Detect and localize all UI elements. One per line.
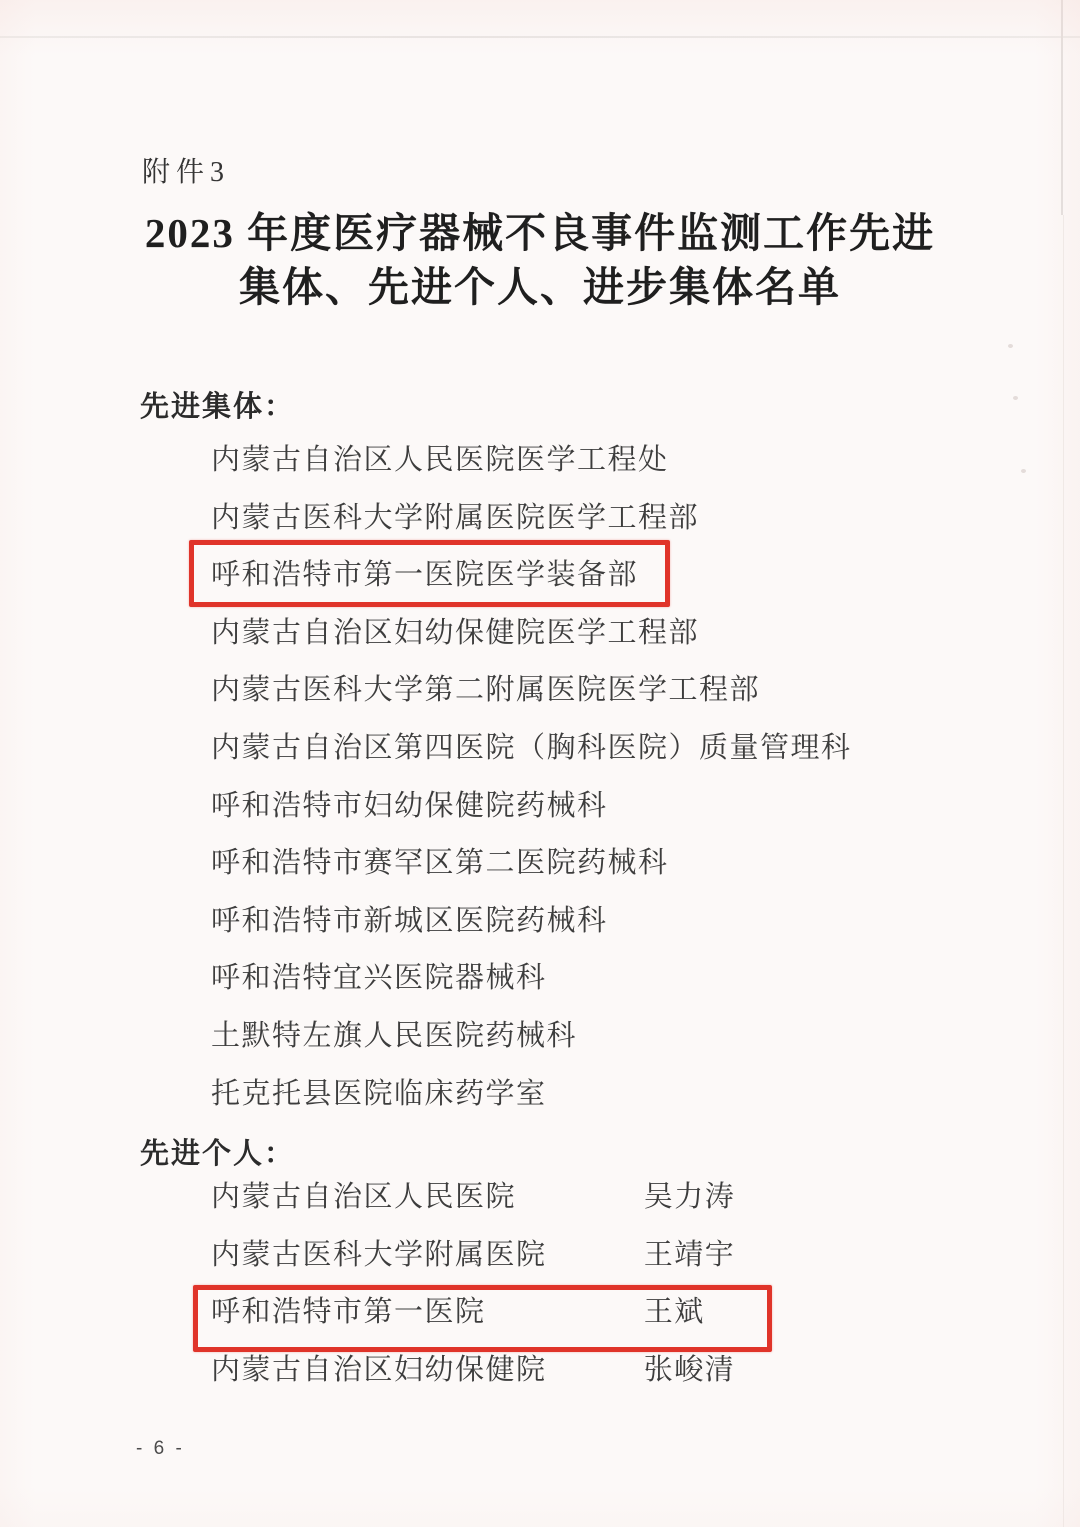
attachment-label: 附件3	[142, 150, 230, 190]
list-item: 呼和浩特宜兴医院器械科	[211, 963, 931, 1021]
section-heading-advanced-individuals: 先进个人：	[140, 1131, 295, 1172]
scanned-document-page: 附件3 2023 年度医疗器械不良事件监测工作先进 集体、先进个人、进步集体名单…	[0, 0, 1080, 1527]
document-title-line-1: 2023 年度医疗器械不良事件监测工作先进	[0, 206, 1080, 260]
advanced-individuals-list: 内蒙古自治区人民医院 吴力涛 内蒙古医科大学附属医院 王靖宇 呼和浩特市第一医院…	[211, 1182, 931, 1412]
individual-org: 呼和浩特市第一医院	[211, 1297, 635, 1328]
individual-org: 内蒙古自治区妇幼保健院	[211, 1355, 635, 1386]
scan-artifact-right-line	[1061, 0, 1063, 215]
scan-artifact-top-line	[0, 36, 1080, 38]
individual-org: 内蒙古自治区人民医院	[211, 1182, 635, 1213]
individual-name: 王斌	[644, 1297, 705, 1328]
individual-name: 吴力涛	[644, 1182, 736, 1213]
individual-name: 王靖宇	[644, 1240, 736, 1271]
list-item: 内蒙古自治区第四医院（胸科医院）质量管理科	[211, 733, 931, 791]
list-item: 托克托县医院临床药学室	[211, 1079, 931, 1137]
individual-name: 张峻清	[644, 1355, 736, 1386]
list-item: 内蒙古自治区妇幼保健院医学工程部	[211, 618, 931, 676]
list-item: 呼和浩特市妇幼保健院药械科	[211, 791, 931, 849]
list-item: 内蒙古医科大学第二附属医院医学工程部	[211, 675, 931, 733]
scan-speck	[1021, 469, 1026, 473]
scan-speck	[1008, 344, 1013, 348]
list-item: 内蒙古自治区人民医院医学工程处	[211, 445, 931, 503]
individual-row: 内蒙古自治区人民医院 吴力涛	[211, 1182, 931, 1240]
list-item: 呼和浩特市赛罕区第二医院药械科	[211, 848, 931, 906]
page-number: - 6 -	[136, 1438, 185, 1460]
section-heading-advanced-collectives: 先进集体：	[140, 384, 295, 425]
individual-row: 内蒙古自治区妇幼保健院 张峻清	[211, 1355, 931, 1413]
individual-org: 内蒙古医科大学附属医院	[211, 1240, 635, 1271]
list-item: 内蒙古医科大学附属医院医学工程部	[211, 503, 931, 561]
scan-speck	[1013, 396, 1018, 400]
list-item: 土默特左旗人民医院药械科	[211, 1021, 931, 1079]
document-title: 2023 年度医疗器械不良事件监测工作先进 集体、先进个人、进步集体名单	[0, 206, 1080, 314]
individual-row: 内蒙古医科大学附属医院 王靖宇	[211, 1240, 931, 1298]
list-item: 呼和浩特市新城区医院药械科	[211, 906, 931, 964]
advanced-collectives-list: 内蒙古自治区人民医院医学工程处 内蒙古医科大学附属医院医学工程部 呼和浩特市第一…	[211, 445, 931, 1136]
scan-artifact-right-line-faint	[1063, 215, 1064, 1527]
list-item-highlighted: 呼和浩特市第一医院医学装备部	[211, 560, 931, 618]
individual-row-highlighted: 呼和浩特市第一医院 王斌	[211, 1297, 931, 1355]
document-title-line-2: 集体、先进个人、进步集体名单	[0, 260, 1080, 314]
